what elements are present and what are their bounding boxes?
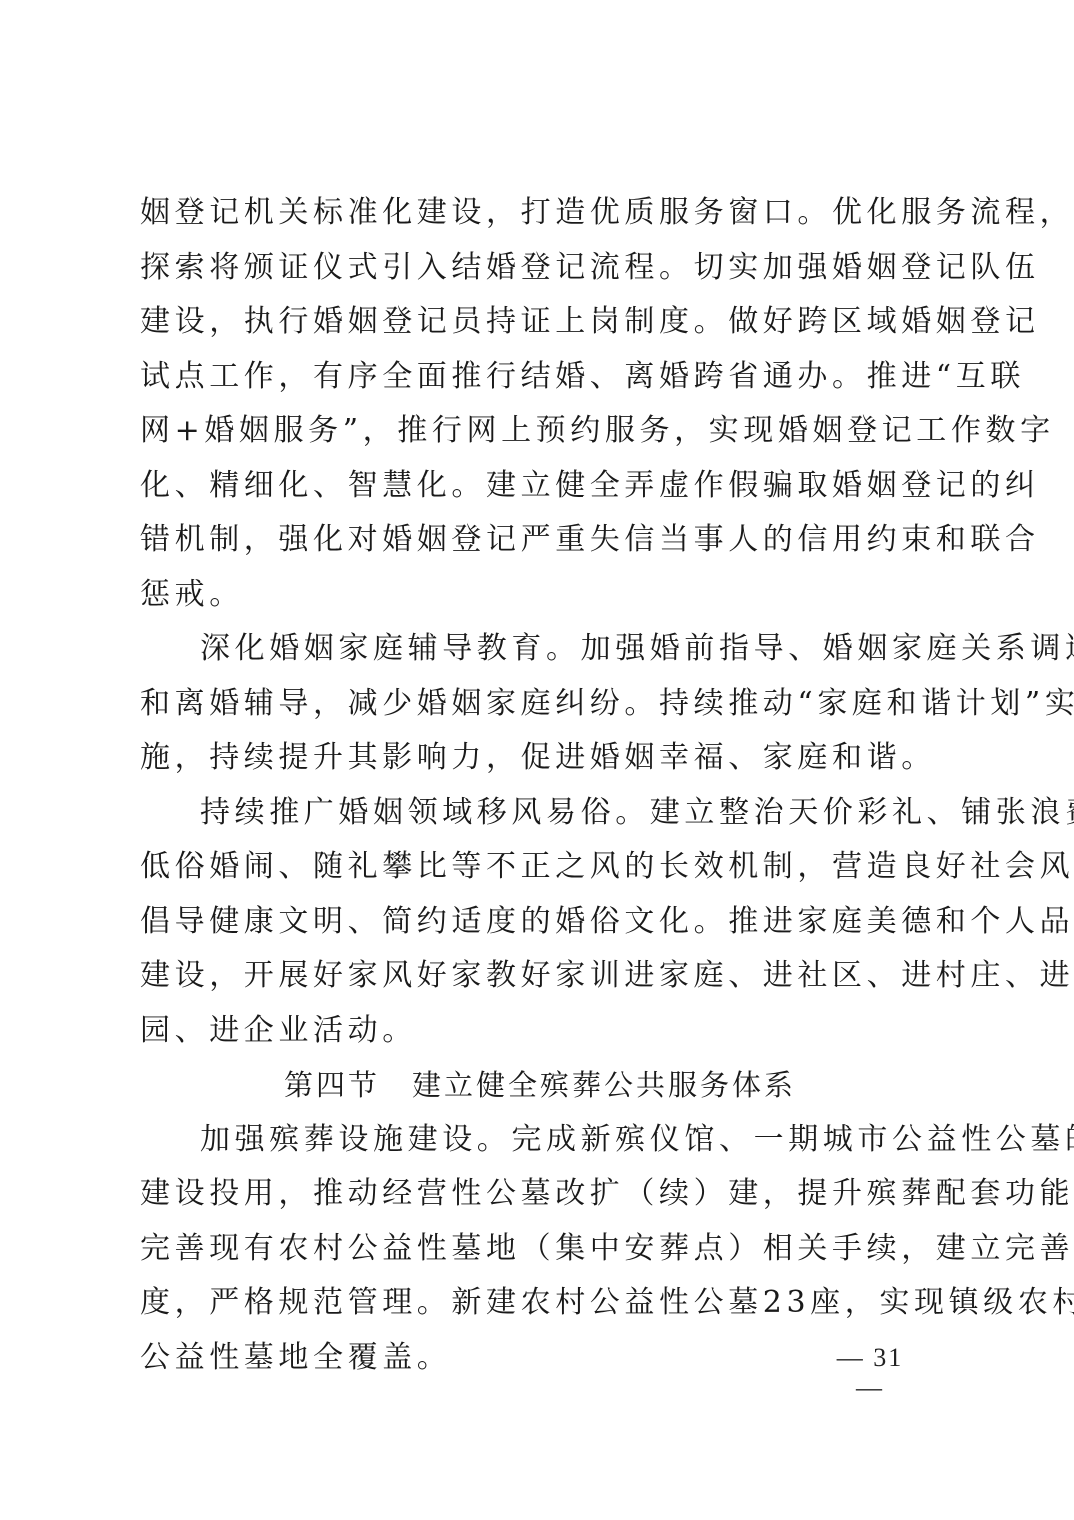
text-line: 惩戒。 <box>140 568 940 623</box>
text-line: 化、精细化、智慧化。建立健全弄虚作假骗取婚姻登记的纠 <box>140 459 940 514</box>
document-body: 姻登记机关标准化建设，打造优质服务窗口。优化服务流程， 探索将颁证仪式引入结婚登… <box>140 186 940 1385</box>
paragraph-marriage-customs: 持续推广婚姻领域移风易俗。建立整治天价彩礼、铺张浪费、 低俗婚闹、随礼攀比等不正… <box>140 786 940 1059</box>
text-line: 度，严格规范管理。新建农村公益性公墓23座，实现镇级农村 <box>140 1276 940 1331</box>
text-line: 错机制，强化对婚姻登记严重失信当事人的信用约束和联合 <box>140 513 940 568</box>
text-line: 施，持续提升其影响力，促进婚姻幸福、家庭和谐。 <box>140 731 940 786</box>
section-heading: 第四节 建立健全殡葬公共服务体系 <box>140 1058 940 1113</box>
text-line: 建设，开展好家风好家教好家训进家庭、进社区、进村庄、进校 <box>140 949 940 1004</box>
text-line: 加强殡葬设施建设。完成新殡仪馆、一期城市公益性公墓的 <box>140 1113 940 1168</box>
text-line: 完善现有农村公益性墓地（集中安葬点）相关手续，建立完善制 <box>140 1222 940 1277</box>
page-number: — 31 — <box>820 1343 920 1403</box>
text-line: 探索将颁证仪式引入结婚登记流程。切实加强婚姻登记队伍 <box>140 241 940 296</box>
text-line: 网+婚姻服务”，推行网上预约服务，实现婚姻登记工作数字 <box>140 404 940 459</box>
text-line: 试点工作，有序全面推行结婚、离婚跨省通办。推进“互联 <box>140 350 940 405</box>
text-line: 低俗婚闹、随礼攀比等不正之风的长效机制，营造良好社会风气， <box>140 840 940 895</box>
text-line: 姻登记机关标准化建设，打造优质服务窗口。优化服务流程， <box>140 186 940 241</box>
text-line: 建设，执行婚姻登记员持证上岗制度。做好跨区域婚姻登记 <box>140 295 940 350</box>
text-line: 园、进企业活动。 <box>140 1004 940 1059</box>
text-line: 深化婚姻家庭辅导教育。加强婚前指导、婚姻家庭关系调适 <box>140 622 940 677</box>
text-line: 和离婚辅导，减少婚姻家庭纠纷。持续推动“家庭和谐计划”实 <box>140 677 940 732</box>
paragraph-family-counseling: 深化婚姻家庭辅导教育。加强婚前指导、婚姻家庭关系调适 和离婚辅导，减少婚姻家庭纠… <box>140 622 940 786</box>
text-line: 建设投用，推动经营性公墓改扩（续）建，提升殡葬配套功能。 <box>140 1167 940 1222</box>
paragraph-marriage-registration: 姻登记机关标准化建设，打造优质服务窗口。优化服务流程， 探索将颁证仪式引入结婚登… <box>140 186 940 622</box>
text-line: 持续推广婚姻领域移风易俗。建立整治天价彩礼、铺张浪费、 <box>140 786 940 841</box>
text-line: 倡导健康文明、简约适度的婚俗文化。推进家庭美德和个人品德 <box>140 895 940 950</box>
